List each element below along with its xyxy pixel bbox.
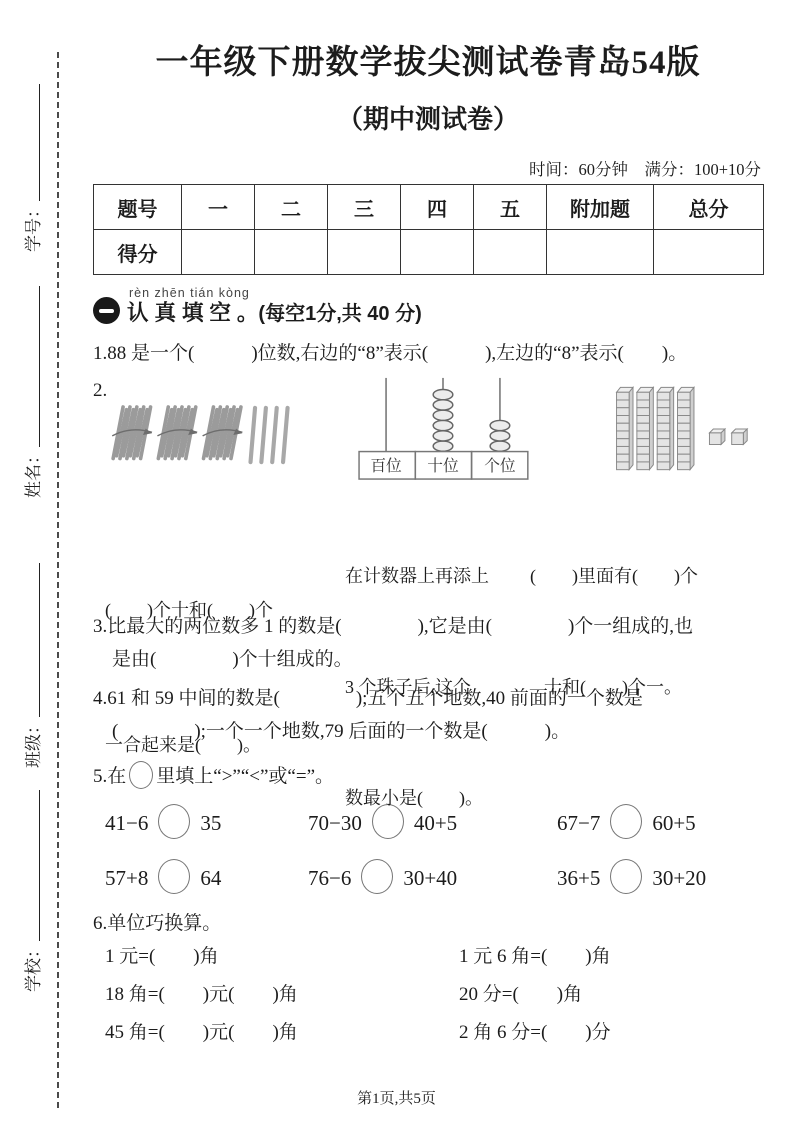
comparison-item: 67−760+5 [557, 804, 763, 839]
question-2-right-caption: ( )里面有( )个 十和( )个一。 [530, 484, 763, 780]
section-pinyin: rèn zhēn tián kòng [129, 287, 422, 300]
dashed-cut-line [57, 52, 59, 1108]
exam-meta: 时间：60分钟 满分：100+10分 [93, 156, 761, 180]
score-table-cell: 二 [255, 185, 328, 230]
school-field: 学校： [20, 790, 44, 992]
left-expression: 67−7 [557, 811, 600, 835]
caption-line: 一合起来是( )。 [105, 723, 345, 768]
score-empty-cell [474, 230, 547, 275]
section-title-wrap: rèn zhēn tián kòng 认 真 填 空 。(每空1分,共 40 分… [127, 287, 422, 327]
svg-text:个位: 个位 [484, 457, 516, 475]
score-table: 题号 一 二 三 四 五 附加题 总分 得分 [93, 184, 764, 275]
student-name-field: 姓名： [20, 286, 44, 498]
section-title: 认 真 填 空 。(每空1分,共 40 分) [127, 301, 422, 325]
class-field: 班级： [20, 563, 44, 768]
class-label: 班级： [19, 717, 44, 768]
school-label: 学校： [19, 941, 44, 992]
score-empty-cell [328, 230, 401, 275]
place-value-abacus-figure: 百位十位个位 [355, 374, 531, 487]
score-table-header-row: 题号 一 二 三 四 五 附加题 总分 [94, 185, 764, 230]
score-table-score-row: 得分 [94, 230, 764, 275]
right-expression: 64 [200, 866, 221, 890]
question-2-left-caption: ( )个十和( )个 一合起来是( )。 [105, 498, 345, 858]
question-1: 1.88 是一个( )位数,右边的“8”表示( ),左边的“8”表示( )。 [93, 337, 763, 370]
question-2: 2. 百位十位个位 ( )个十和( )个 一合起来是( )。 在计数器上再添上 … [93, 374, 763, 604]
student-name-blank-line [39, 286, 40, 447]
answer-circle-icon [158, 859, 190, 894]
caption-line: 数最小是( )。 [345, 780, 550, 817]
conversion-item: 1 元=( )角 [105, 946, 459, 967]
comparison-item: 36+530+20 [557, 859, 763, 894]
section-one-header: rèn zhēn tián kòng 认 真 填 空 。(每空1分,共 40 分… [93, 287, 763, 327]
answer-circle-icon [610, 859, 642, 894]
question-2-middle-caption: 在计数器上再添上 3 个珠子后,这个 数最小是( )。 [345, 484, 550, 891]
score-empty-cell [182, 230, 255, 275]
worksheet-page: 学号： 姓名： 班级： 学校： 一年级下册数学拔尖测试卷青岛54版 （期中测试卷… [0, 0, 793, 1122]
left-expression: 36+5 [557, 866, 600, 890]
score-label-cell: 得分 [94, 230, 182, 275]
score-table-cell: 题号 [94, 185, 182, 230]
svg-text:百位: 百位 [370, 457, 402, 475]
page-number: 第1页,共5页 [0, 1087, 793, 1108]
question-6-prompt: 6.单位巧换算。 [93, 908, 763, 940]
svg-text:十位: 十位 [427, 457, 459, 475]
one-glyph [99, 309, 114, 313]
caption-line: 3 个珠子后,这个 [345, 669, 550, 706]
base-ten-blocks-figure [603, 378, 753, 487]
question-6-grid: 1 元=( )角 1 元 6 角=( )角 18 角=( )元( )角 20 分… [93, 946, 763, 1043]
student-name-label: 姓名： [19, 447, 44, 498]
student-id-blank-line [39, 84, 40, 201]
caption-line: ( )个十和( )个 [105, 588, 345, 633]
student-id-label: 学号： [19, 201, 44, 252]
score-table-cell: 总分 [654, 185, 764, 230]
right-expression: 60+5 [652, 811, 695, 835]
comparison-item: 57+864 [105, 859, 308, 894]
score-table-cell: 一 [182, 185, 255, 230]
section-title-text: 认 真 填 空 。 [127, 301, 258, 325]
school-blank-line [39, 790, 40, 941]
page-subtitle: （期中测试卷） [93, 99, 763, 136]
page-title: 一年级下册数学拔尖测试卷青岛54版 [93, 36, 763, 83]
score-empty-cell [401, 230, 474, 275]
score-empty-cell [654, 230, 764, 275]
conversion-item: 1 元 6 角=( )角 [459, 946, 763, 967]
conversion-item: 2 角 6 分=( )分 [459, 1022, 763, 1043]
section-note: (每空1分,共 40 分) [258, 303, 421, 325]
conversion-item: 18 角=( )元( )角 [105, 984, 459, 1005]
conversion-item: 20 分=( )角 [459, 984, 763, 1005]
score-table-cell: 五 [474, 185, 547, 230]
caption-line: ( )里面有( )个 [530, 558, 763, 595]
left-expression: 57+8 [105, 866, 148, 890]
section-one-badge-icon [93, 297, 120, 324]
caption-line: 十和( )个一。 [530, 669, 763, 706]
caption-line: 在计数器上再添上 [345, 558, 550, 595]
conversion-item: 45 角=( )元( )角 [105, 1022, 459, 1043]
sticks-bundles-figure [105, 390, 293, 485]
score-table-cell: 四 [401, 185, 474, 230]
student-id-field: 学号： [20, 84, 44, 252]
score-table-cell: 三 [328, 185, 401, 230]
class-blank-line [39, 563, 40, 717]
content-area: 一年级下册数学拔尖测试卷青岛54版 （期中测试卷） 时间：60分钟 满分：100… [93, 28, 763, 1043]
right-expression: 30+20 [652, 866, 706, 890]
answer-circle-icon [610, 804, 642, 839]
score-empty-cell [255, 230, 328, 275]
score-empty-cell [547, 230, 654, 275]
score-table-cell: 附加题 [547, 185, 654, 230]
